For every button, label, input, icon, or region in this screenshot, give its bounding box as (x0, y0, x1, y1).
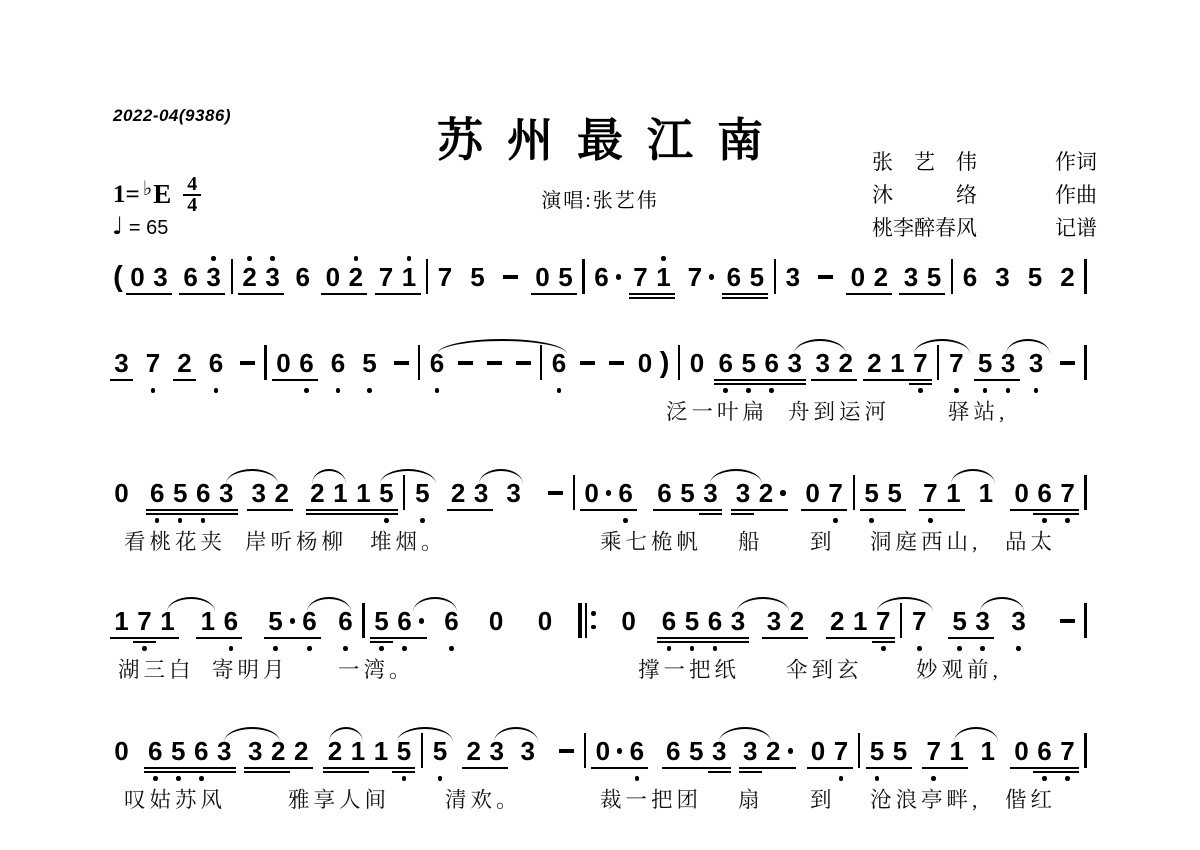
octave-dot-below (629, 300, 652, 310)
note: 5 (948, 596, 971, 654)
octave-dot (336, 388, 341, 393)
octave-dot (402, 646, 407, 651)
beam-underline (346, 766, 369, 774)
beam-underline (142, 378, 165, 386)
octave-dot-above (683, 252, 706, 262)
beam-underline (613, 292, 624, 300)
beam-underline (344, 292, 367, 300)
note-digit: 0 (807, 736, 830, 766)
beam-underline (826, 636, 849, 644)
octave-dot-above (634, 338, 657, 348)
spacer-top (236, 338, 259, 348)
beam-underline (739, 766, 762, 774)
paren-text: ) (660, 347, 670, 380)
barline-stroke (418, 345, 420, 380)
beam-underline (706, 292, 717, 300)
spacer-beam (577, 292, 590, 300)
note: 0 (534, 596, 557, 654)
note: 0 (580, 468, 603, 526)
note-digit: 0 (846, 262, 869, 292)
beam-underline (603, 508, 614, 516)
beam-underline (726, 636, 749, 644)
beam-underline (617, 636, 640, 644)
beam-underline (306, 508, 329, 516)
beam-line-1 (922, 293, 945, 295)
note-digit: 5 (737, 348, 760, 378)
beam-underline (614, 508, 637, 516)
note-digit: 1 (652, 262, 675, 292)
note: 0 (846, 252, 869, 310)
octave-dot-above (603, 468, 614, 478)
note: 1 (369, 726, 392, 784)
beam-underline (290, 766, 313, 774)
octave-dot-above (824, 468, 847, 478)
barline (1079, 252, 1092, 310)
octave-dot-above (652, 252, 675, 262)
beam-line-1 (416, 637, 427, 639)
octave-dot-above (264, 596, 287, 606)
note-digit: 7 (1056, 736, 1079, 766)
beam-underline (264, 636, 287, 644)
beam-line-2 (1033, 513, 1056, 515)
octave-dot (746, 388, 751, 393)
spacer-beam (483, 378, 506, 386)
beam-line-1 (196, 637, 219, 639)
octave-dot (957, 646, 962, 651)
note-digit: 6 (295, 348, 318, 378)
beam-line-1 (785, 637, 808, 639)
dash-glyph (814, 262, 837, 292)
spacer-beam (578, 766, 591, 774)
note-digit: 3 (149, 262, 172, 292)
beam-line-1 (1056, 767, 1079, 769)
beam-underline (416, 636, 427, 644)
barline (567, 468, 580, 526)
beam-line-2 (192, 513, 215, 515)
note-digit: 0 (272, 348, 295, 378)
note-digit: 6 (625, 736, 648, 766)
barline-stroke (1084, 259, 1086, 294)
note-digit: 6 (146, 478, 169, 508)
beam-underline (872, 636, 895, 644)
octave-dot-above (370, 596, 393, 606)
barline-stroke (774, 259, 776, 294)
beam-line-1 (625, 767, 648, 769)
note-digit: 2 (447, 478, 470, 508)
spacer-bottom (110, 300, 126, 310)
dot (591, 625, 596, 630)
thick-bar (578, 603, 582, 638)
sheet-music-page: 2022-04(9386) 苏州最江南 演唱:张艺伟 张 艺 伟作词沐 络作曲桃… (0, 0, 1200, 850)
note: 5 (169, 468, 192, 526)
barline (853, 726, 866, 784)
octave-dot-above (110, 338, 133, 348)
paren-glyph: ) (657, 348, 673, 378)
dash-glyph (499, 262, 522, 292)
note-digit: 6 (714, 348, 737, 378)
beam-underline (247, 508, 270, 516)
augmentation-dot (614, 726, 625, 784)
aug-dot-glyph (780, 490, 785, 495)
barline (421, 252, 434, 310)
octave-dot-above (826, 596, 849, 606)
octave-dot (869, 518, 874, 523)
music-system-1: (036323602717505671765302356352 (110, 252, 1092, 310)
octave-dot-above (352, 468, 375, 478)
beam-line-1 (329, 509, 352, 511)
dash-note (1056, 596, 1079, 654)
beam-underline (447, 508, 470, 516)
spacer-beam (1079, 378, 1092, 386)
octave-dot-below (554, 300, 577, 310)
note: 6 (291, 252, 314, 310)
octave-dot-below (722, 300, 745, 310)
dash-glyph (236, 348, 259, 378)
beam-underline (676, 508, 699, 516)
note: 1 (849, 596, 872, 654)
beam-underline (662, 766, 685, 774)
lyric-phrase: 偕红 (1005, 783, 1056, 814)
note-digit: 0 (591, 736, 614, 766)
spacer-top (555, 726, 578, 736)
beam-line-1 (807, 767, 830, 769)
octave-dot (928, 518, 933, 523)
note-digit: 5 (745, 262, 768, 292)
octave-dot-above (485, 596, 508, 606)
note: 7 (824, 468, 847, 526)
note-digit: 1 (369, 736, 392, 766)
note: 5 (889, 726, 912, 784)
beam-underline (169, 508, 192, 516)
beam-underline (272, 378, 295, 386)
augmentation-dot (777, 468, 788, 526)
octave-dot-above (922, 252, 945, 262)
spacer-beam (357, 636, 370, 644)
barline (259, 338, 272, 396)
beam-line-1 (244, 767, 267, 769)
octave-dot-below (321, 300, 344, 310)
octave-dot (273, 646, 278, 651)
barline-glyph (1079, 736, 1092, 766)
note: 3 (991, 252, 1014, 310)
parenthesis: ) (657, 338, 673, 396)
beam-line-1 (676, 509, 699, 511)
note: 5 (370, 596, 393, 654)
spacer-beam (932, 378, 945, 386)
spacer-beam (499, 292, 522, 300)
note-digit: 5 (358, 348, 381, 378)
note-digit: 0 (485, 606, 508, 636)
octave-dot-above (291, 252, 314, 262)
note: 5 (1023, 252, 1046, 310)
spacer-beam (535, 378, 548, 386)
dash-glyph (544, 478, 567, 508)
octave-dot-above (590, 252, 613, 262)
note-digit (785, 736, 796, 766)
octave-dot-above (144, 726, 167, 736)
beam-line-1 (370, 637, 393, 639)
beam-line-1 (321, 293, 344, 295)
note-digit: 5 (922, 262, 945, 292)
note: 6 (958, 252, 981, 310)
note-digit: 2 (1056, 262, 1079, 292)
octave-dot-above (167, 726, 190, 736)
spacer-top (390, 338, 413, 348)
lyric-phrase: 驿站, (948, 395, 1008, 426)
beam-underline (329, 508, 352, 516)
note-digit: 1 (886, 348, 909, 378)
spacer-bottom (577, 300, 590, 310)
octave-dot-above (801, 468, 824, 478)
spacer-beam (512, 378, 535, 386)
note: 5 (358, 338, 381, 396)
octave-dot-above (614, 468, 637, 478)
note-digit: 6 (219, 606, 242, 636)
dash-stroke (516, 361, 531, 364)
octave-dot (667, 646, 672, 651)
beam-line-2 (731, 513, 754, 515)
beam-underline (470, 508, 493, 516)
dash-note (236, 338, 259, 396)
octave-dot-above (290, 726, 313, 736)
beam-line-2 (244, 771, 267, 773)
repeat-begin-barline (574, 596, 600, 654)
octave-dot (407, 256, 412, 261)
note-digit (603, 478, 614, 508)
spacer-beam (768, 292, 781, 300)
octave-dot-below (238, 300, 261, 310)
barline-stroke (853, 475, 855, 510)
beam-line-2 (726, 641, 749, 643)
octave-dot-below (398, 300, 421, 310)
note-digit (614, 736, 625, 766)
octave-dot-above (375, 252, 398, 262)
note: 2 (869, 252, 892, 310)
barline (847, 468, 860, 526)
note-digit: 0 (634, 348, 657, 378)
beam-line-1 (202, 293, 225, 295)
beam-underline (762, 636, 785, 644)
beam-underline (657, 636, 680, 644)
beam-line-2 (392, 771, 415, 773)
octave-dot-above (777, 468, 788, 478)
dash-stroke (487, 361, 502, 364)
beam-line-2 (737, 383, 760, 385)
beam-line-1 (846, 293, 869, 295)
lyric-phrase: 沧浪亭畔, (870, 783, 981, 814)
beam-line-1 (726, 637, 749, 639)
spacer-beam (398, 508, 411, 516)
octave-dot-above (889, 726, 912, 736)
beam-line-1 (554, 293, 577, 295)
note-digit: 3 (991, 262, 1014, 292)
beam-line-1 (591, 767, 614, 769)
beam-underline (369, 766, 392, 774)
beam-line-2 (329, 513, 352, 515)
beam-underline (991, 292, 1014, 300)
note-digit: 6 (722, 262, 745, 292)
note: 7 (830, 726, 853, 784)
beam-underline (1025, 378, 1048, 386)
note: 2 (826, 596, 849, 654)
lyric-phrase: 裁一把团 (600, 783, 702, 814)
note-digit: 1 (398, 262, 421, 292)
note: 0 (591, 726, 614, 784)
spacer-beam (1079, 292, 1092, 300)
barline-glyph (578, 736, 591, 766)
octave-dot-above (869, 252, 892, 262)
octave-dot (229, 646, 234, 651)
beam-line-2 (629, 297, 652, 299)
beam-line-1 (785, 767, 796, 769)
beam-line-2 (909, 383, 932, 385)
spacer-beam (259, 378, 272, 386)
beam-line-2 (783, 383, 806, 385)
note-digit: 5 (680, 606, 703, 636)
beam-line-2 (133, 641, 156, 643)
note-digit (706, 262, 717, 292)
octave-dot-above (327, 338, 350, 348)
spacer-beam (1056, 378, 1079, 386)
octave-dot-below (846, 300, 869, 310)
note-digit: 0 (126, 262, 149, 292)
octave-dot-above (617, 596, 640, 606)
note-digit: 0 (617, 606, 640, 636)
octave-dot-below (869, 300, 892, 310)
note: 6 (625, 726, 648, 784)
note-digit: 6 (1033, 736, 1056, 766)
octave-dot-below (291, 300, 314, 310)
beam-underline (699, 508, 722, 516)
octave-dot (379, 646, 384, 651)
octave-dot-above (169, 468, 192, 478)
beam-underline (908, 636, 931, 644)
lyric-phrase: 洞庭西山, (870, 525, 981, 556)
note-digit: 0 (801, 478, 824, 508)
beam-line-2 (267, 771, 290, 773)
barline-glyph (567, 478, 580, 508)
quarter-note-icon: ♩ (112, 212, 123, 240)
note: 0 (686, 338, 709, 396)
beam-line-1 (290, 767, 313, 769)
lyrics-row: 泛一叶扁舟到运河驿站, (110, 395, 1092, 425)
lyric-phrase: 寄明月 (212, 653, 289, 684)
note: 7 (1056, 726, 1079, 784)
octave-dot-below (531, 300, 554, 310)
note-digit: 6 (144, 736, 167, 766)
octave-dot-above (948, 596, 971, 606)
octave-dot-above (261, 252, 284, 262)
spacer-beam (895, 636, 908, 644)
lyric-phrase: 看桃花夹 (124, 525, 226, 556)
octave-dot-above (886, 338, 909, 348)
octave-dot-above (830, 726, 853, 736)
octave-dot (918, 388, 923, 393)
note: 6 (190, 726, 213, 784)
note: 6 (219, 596, 242, 654)
octave-dot-above (369, 726, 392, 736)
octave-dot-below (781, 300, 804, 310)
beam-line-1 (909, 379, 932, 381)
octave-dot-below (590, 300, 613, 310)
beam-underline (219, 636, 242, 644)
barline-glyph (673, 348, 686, 378)
beam-line-2 (708, 771, 731, 773)
note-digit: 2 (863, 348, 886, 378)
octave-dot-above (737, 338, 760, 348)
beam-underline (783, 378, 806, 386)
beam-underline (485, 766, 508, 774)
octave-dot (623, 518, 628, 523)
octave-dot-below (922, 300, 945, 310)
octave-dot-above (238, 252, 261, 262)
beam-line-1 (801, 509, 824, 511)
beam-line-1 (272, 379, 295, 381)
credit-name: 桃李醉春风 (872, 212, 977, 245)
aug-dot-glyph (788, 748, 793, 753)
note: 7 (133, 596, 156, 654)
octave-dot (1016, 646, 1021, 651)
octave-dot-above (466, 252, 489, 262)
note-digit: 7 (142, 348, 165, 378)
octave-dot-above (1023, 252, 1046, 262)
dash-glyph (576, 348, 599, 378)
beam-line-1 (393, 637, 416, 639)
barline-stroke (573, 475, 575, 510)
dash-stroke (394, 361, 409, 364)
note-digit: 0 (531, 262, 554, 292)
barline-glyph (259, 348, 272, 378)
octave-dot-above (613, 252, 624, 262)
time-signature: 4 4 (183, 176, 201, 213)
beam-line-1 (1056, 509, 1079, 511)
note: 6 (653, 468, 676, 526)
note: 7 (375, 252, 398, 310)
octave-dot (1065, 518, 1070, 523)
dash-glyph (1056, 606, 1079, 636)
octave-dot-below (958, 300, 981, 310)
octave-dot-above (126, 252, 149, 262)
octave-dot-above (657, 596, 680, 606)
beam-line-2 (352, 513, 375, 515)
octave-dot (1042, 776, 1047, 781)
beam-line-1 (270, 509, 293, 511)
beam-underline (190, 766, 213, 774)
beam-underline (760, 378, 783, 386)
beam-underline (883, 508, 906, 516)
beam-underline (781, 292, 804, 300)
beam-underline (485, 636, 508, 644)
note-digit: 7 (1056, 478, 1079, 508)
note: 5 (676, 468, 699, 526)
beam-underline (398, 292, 421, 300)
beam-line-1 (629, 293, 652, 295)
note-digit: 7 (375, 262, 398, 292)
credit-role: 记谱 (1055, 212, 1097, 245)
spacer-bottom (225, 300, 238, 310)
beam-line-2 (760, 383, 783, 385)
aug-dot-glyph (419, 618, 424, 623)
beam-line-1 (754, 509, 777, 511)
note: 6 (393, 596, 416, 654)
octave-dot-below (1023, 300, 1046, 310)
note-digit: 7 (133, 606, 156, 636)
note-digit: 5 (1023, 262, 1046, 292)
note-digit: 6 (590, 262, 613, 292)
beam-underline (149, 292, 172, 300)
aug-dot-glyph (290, 618, 295, 623)
octave-dot-above (531, 252, 554, 262)
